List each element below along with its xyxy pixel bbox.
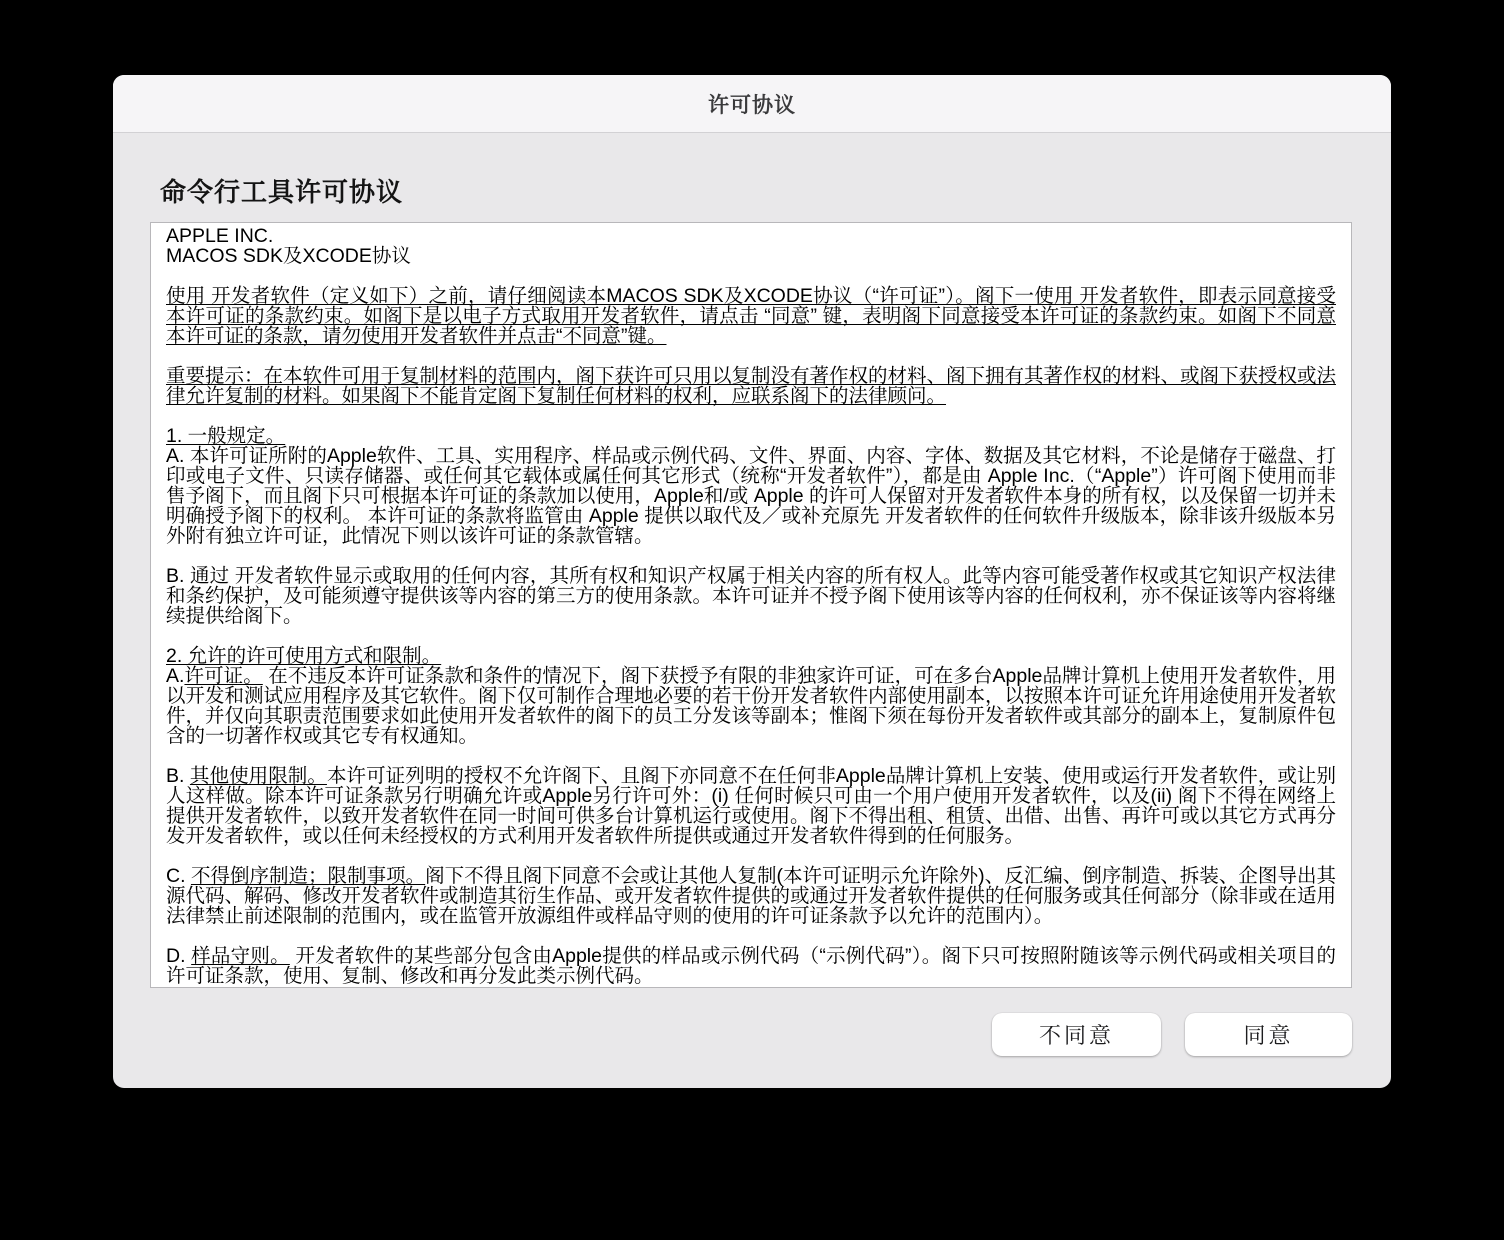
license-paragraph: 2. 允许的许可使用方式和限制。A.许可证。 在不违反本许可证条款和条件的情况下… (166, 646, 1336, 746)
license-paragraph: 重要提示：在本软件可用于复制材料的范围内，阁下获许可只用以复制没有著作权的材料、… (166, 366, 1336, 406)
license-paragraph: D. 样品守则。 开发者软件的某些部分包含由Apple提供的样品或示例代码（“示… (166, 946, 1336, 986)
license-text[interactable]: APPLE INC.MACOS SDK及XCODE协议使用 开发者软件（定义如下… (150, 222, 1352, 988)
license-paragraph: B. 其他使用限制。本许可证列明的授权不允许阁下、且阁下亦同意不在任何非Appl… (166, 766, 1336, 846)
license-paragraph: B. 通过 开发者软件显示或取用的任何内容，其所有权和知识产权属于相关内容的所有… (166, 566, 1336, 626)
license-paragraph: 使用 开发者软件（定义如下）之前，请仔细阅读本MACOS SDK及XCODE协议… (166, 286, 1336, 346)
window-title: 许可协议 (708, 89, 796, 119)
agree-button[interactable]: 同意 (1185, 1013, 1352, 1056)
disagree-button[interactable]: 不同意 (992, 1013, 1161, 1056)
license-dialog: 许可协议 命令行工具许可协议 APPLE INC.MACOS SDK及XCODE… (113, 75, 1391, 1088)
page-title: 命令行工具许可协议 (160, 172, 403, 209)
license-paragraph: APPLE INC.MACOS SDK及XCODE协议 (166, 226, 1336, 266)
license-paragraph: 1. 一般规定。A. 本许可证所附的Apple软件、工具、实用程序、样品或示例代… (166, 426, 1336, 546)
license-paragraph: C. 不得倒序制造；限制事项。阁下不得且阁下同意不会或让其他人复制(本许可证明示… (166, 866, 1336, 926)
titlebar[interactable]: 许可协议 (113, 75, 1391, 133)
